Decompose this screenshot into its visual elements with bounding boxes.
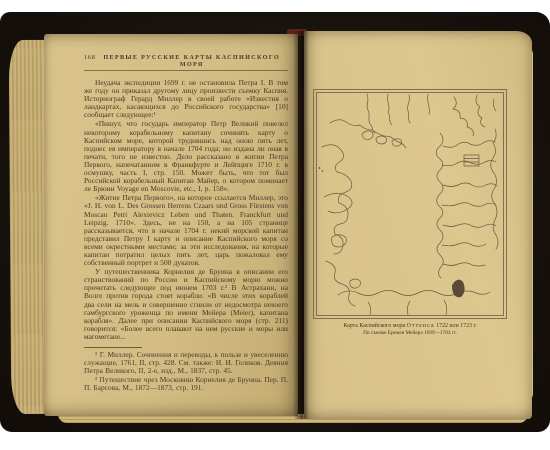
book-photo: 168 ПЕРВЫЕ РУССКИЕ КАРТЫ КАСПИЙСКОГО МОР… (0, 0, 550, 450)
body-paragraph: «Житие Петра Первого», на которое ссылае… (84, 194, 288, 267)
caption-date: 1722 или 1723 г. (436, 323, 476, 329)
caption-pre: Карта Каспийского моря (343, 323, 405, 329)
map-border-inner (317, 93, 504, 316)
footnote-rule (84, 347, 142, 348)
page-header: 168 ПЕРВЫЕ РУССКИЕ КАРТЫ КАСПИЙСКОГО МОР… (84, 54, 288, 71)
map-frame (312, 88, 508, 320)
body-paragraph: Неудача экспедиции 1699 г. не остановила… (84, 79, 288, 119)
footnote: ¹ Г. Миллер. Сочинения и переводы, к пол… (84, 351, 288, 375)
right-page: Карта Каспийского моря Оттенса 1722 или … (304, 31, 532, 419)
body-paragraph: У путешественника Корнелия де Бруина в о… (84, 268, 288, 341)
map-caption-line2: По съемке Еремея Мейера 1699—1703 гг. (312, 330, 508, 336)
left-page-text-column: 168 ПЕРВЫЕ РУССКИЕ КАРТЫ КАСПИЙСКОГО МОР… (84, 54, 288, 404)
left-page: 168 ПЕРВЫЕ РУССКИЕ КАРТЫ КАСПИЙСКОГО МОР… (44, 34, 298, 416)
caption-cartographer: Оттенса (407, 323, 435, 329)
caspian-map-drawing (312, 88, 508, 320)
running-title: ПЕРВЫЕ РУССКИЕ КАРТЫ КАСПИЙСКОГО МОРЯ (95, 54, 288, 68)
page-number: 168 (84, 54, 95, 61)
map-caption-line1: Карта Каспийского моря Оттенса 1722 или … (312, 323, 508, 330)
map-caption: Карта Каспийского моря Оттенса 1722 или … (312, 323, 508, 336)
coastline-sketch (322, 94, 498, 315)
footnote: ² Путешествие чрез Московию Корнелия де … (84, 376, 288, 392)
body-paragraph: «Пишут, что государь император Петр Вели… (84, 120, 288, 193)
gutter-shadow (293, 31, 309, 419)
left-page-edges (9, 40, 48, 414)
